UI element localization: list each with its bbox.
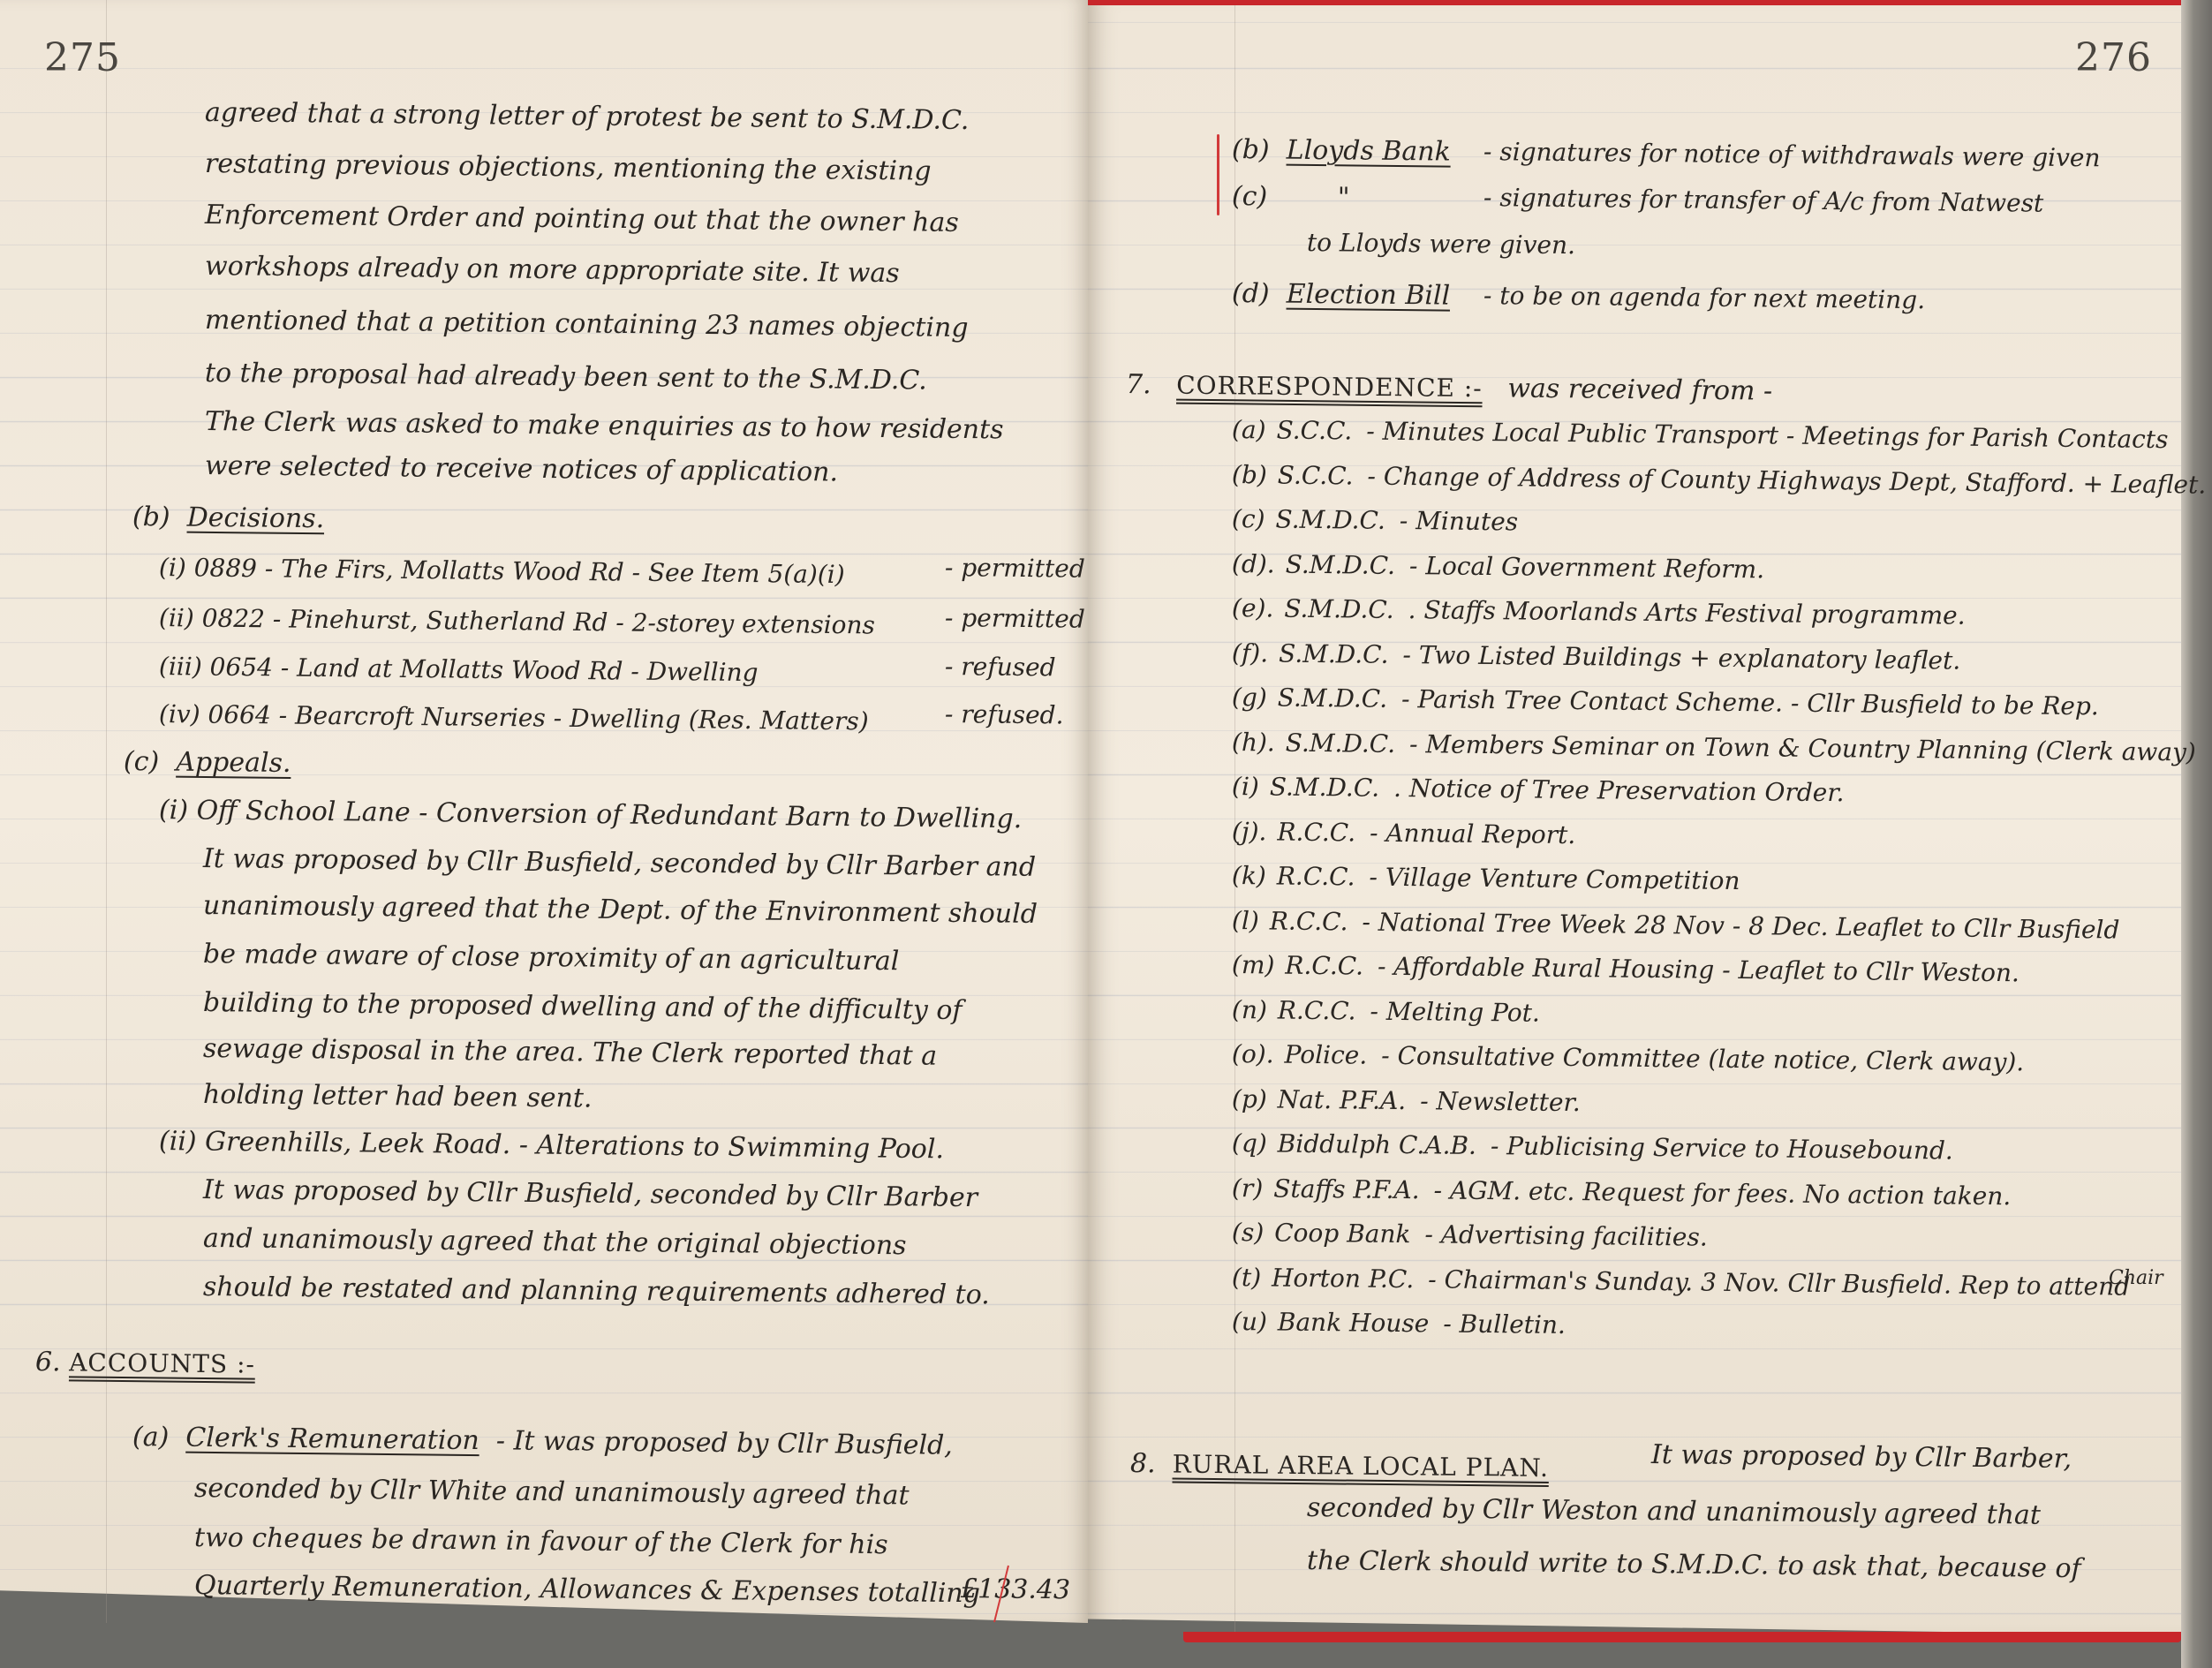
correspondence-item-text: . Staffs Moorlands Arts Festival program…	[1408, 595, 1965, 630]
correspondence-item-text: - Local Government Reform.	[1409, 551, 1764, 584]
correspondence-item-text: - Bulletin.	[1443, 1309, 1566, 1340]
correspondence-item-label: (c)	[1232, 504, 1265, 533]
bank-item: (d) Election Bill	[1232, 278, 1451, 312]
correspondence-item: (n)R.C.C.- Melting Pot.	[1232, 995, 1540, 1028]
correspondence-item-from: Police.	[1284, 1040, 1367, 1070]
correspondence-item-label: (h).	[1232, 728, 1275, 758]
bank-item: (b) Lloyds Bank	[1232, 134, 1451, 168]
bank-item-text: to Lloyds were given.	[1307, 228, 1575, 260]
correspondence-item-label: (f).	[1232, 638, 1268, 668]
correspondence-item: (c)S.M.D.C.- Minutes	[1232, 504, 1518, 536]
correspondence-item: (s)Coop Bank- Advertising facilities.	[1232, 1218, 1708, 1252]
correspondence-item-label: (d).	[1232, 549, 1275, 579]
correspondence-heading: CORRESPONDENCE :-	[1176, 371, 1483, 404]
continuation-line: were selected to receive notices of appl…	[205, 450, 838, 488]
correspondence-item: (j).R.C.C.- Annual Report.	[1232, 817, 1576, 849]
correspondence-item-label: (k)	[1232, 861, 1266, 890]
accounts-heading: ACCOUNTS :-	[69, 1347, 255, 1378]
appeal-line: holding letter had been sent.	[203, 1079, 593, 1114]
correspondence-item-text: - Minutes	[1400, 506, 1519, 536]
correspondence-item-text: - Village Venture Competition	[1369, 863, 1740, 895]
decisions-label: (b) Decisions.	[132, 502, 325, 534]
correspondence-item-from: Coop Bank	[1274, 1219, 1411, 1249]
rural-plan-heading: RURAL AREA LOCAL PLAN.	[1173, 1450, 1550, 1483]
appeals-heading: Appeals.	[176, 747, 291, 779]
correspondence-item-text: - Publicising Service to Housebound.	[1491, 1131, 1953, 1165]
red-page-edge-top	[1088, 0, 2212, 5]
left-margin-rule	[106, 0, 107, 1623]
red-margin-bracket	[1217, 134, 1219, 215]
correspondence-item-label: (q)	[1232, 1128, 1267, 1158]
correspondence-item-label: (b)	[1232, 460, 1267, 489]
correspondence-item-text: - Annual Report.	[1370, 818, 1576, 849]
insertion-chair: Chair	[2109, 1267, 2163, 1289]
correspondence-item-from: S.M.D.C.	[1284, 594, 1394, 624]
correspondence-item-label: (j).	[1232, 817, 1267, 846]
correspondence-item-from: Bank House	[1278, 1308, 1430, 1339]
decision-result: - refused.	[945, 699, 1064, 729]
correspondence-item-label: (l)	[1232, 906, 1259, 935]
page-number-left: 275	[44, 35, 121, 80]
correspondence-item: (d).S.M.D.C.- Local Government Reform.	[1232, 549, 1764, 584]
correspondence-item-text: - Two Listed Buildings + explanatory lea…	[1402, 640, 1960, 676]
correspondence-item: (u)Bank House- Bulletin.	[1232, 1307, 1566, 1340]
open-minute-book: 275 agreed that a strong letter of prote…	[0, 0, 2212, 1668]
accounts-amount: £133.43	[961, 1574, 1070, 1605]
correspondence-item-label: (u)	[1232, 1307, 1267, 1336]
correspondence-item-text: - AGM. etc. Request for fees. No action …	[1433, 1175, 2011, 1211]
correspondence-item: (k)R.C.C.- Village Venture Competition	[1232, 861, 1740, 895]
accounts-section: 6. ACCOUNTS :-	[35, 1347, 255, 1380]
correspondence-item-from: S.M.D.C.	[1285, 549, 1395, 579]
book-fore-edge	[2181, 0, 2212, 1668]
bank-item-text: - to be on agenda for next meeting.	[1483, 281, 1925, 314]
correspondence-item-label: (t)	[1232, 1263, 1261, 1292]
correspondence-item-from: S.M.D.C.	[1275, 505, 1385, 535]
correspondence-item-label: (a)	[1232, 415, 1266, 444]
correspondence-item-from: S.C.C.	[1278, 460, 1354, 490]
correspondence-item-label: (p)	[1232, 1084, 1267, 1113]
correspondence-item-from: Staffs P.F.A.	[1273, 1174, 1420, 1204]
rural-plan-section: 8. RURAL AREA LOCAL PLAN.	[1130, 1448, 1549, 1483]
correspondence-item-label: (g)	[1232, 683, 1267, 712]
correspondence-item-label: (i)	[1232, 772, 1259, 801]
correspondence-item-label: (m)	[1232, 950, 1275, 980]
correspondence-item-from: R.C.C.	[1278, 995, 1356, 1025]
correspondence-item-from: Horton P.C.	[1272, 1263, 1414, 1294]
correspondence-item-text: . Notice of Tree Preservation Order.	[1393, 774, 1845, 807]
correspondence-item-from: S.M.D.C.	[1278, 683, 1388, 713]
clerks-remuneration-heading: Clerk's Remuneration	[185, 1423, 479, 1456]
page-number-right: 276	[2075, 35, 2152, 80]
correspondence-item-from: S.M.D.C.	[1279, 638, 1389, 668]
bank-item-text: - signatures for transfer of A/c from Na…	[1483, 183, 2044, 218]
correspondence-item-from: R.C.C.	[1285, 951, 1363, 981]
correspondence-item-from: R.C.C.	[1277, 817, 1355, 847]
rural-plan-line: It was proposed by Cllr Barber,	[1651, 1439, 2072, 1475]
decision-result: - permitted	[945, 603, 1085, 634]
correspondence-item-from: S.M.D.C.	[1270, 772, 1380, 802]
correspondence-item-from: Nat. P.F.A.	[1278, 1084, 1407, 1115]
correspondence-item-from: R.C.C.	[1270, 906, 1348, 936]
correspondence-item-text: - Newsletter.	[1420, 1086, 1581, 1117]
correspondence-item-label: (e).	[1232, 593, 1274, 623]
appeals-label: (c) Appeals.	[124, 746, 291, 779]
decision-result: - permitted	[945, 553, 1085, 584]
correspondence-item-from: R.C.C.	[1277, 862, 1355, 892]
election-bill-heading: Election Bill	[1287, 279, 1451, 312]
decision-result: - refused	[945, 652, 1056, 682]
red-page-edge-bottom	[1183, 1632, 2181, 1642]
correspondence-item-label: (n)	[1232, 995, 1267, 1024]
correspondence-item-text: - Advertising facilities.	[1424, 1219, 1708, 1251]
correspondence-item-from: S.C.C.	[1276, 416, 1352, 446]
decisions-heading: Decisions.	[187, 502, 325, 535]
correspondence-item-label: (r)	[1232, 1174, 1264, 1203]
correspondence-item-from: S.M.D.C.	[1286, 728, 1396, 758]
correspondence-item-label: (s)	[1232, 1218, 1265, 1247]
correspondence-item-from: Biddulph C.A.B.	[1278, 1129, 1476, 1160]
correspondence-item-text: - Melting Pot.	[1370, 996, 1540, 1027]
correspondence-item-label: (o).	[1232, 1039, 1274, 1068]
correspondence-item: (p)Nat. P.F.A.- Newsletter.	[1232, 1084, 1581, 1117]
bank-item: (c) "	[1232, 181, 1350, 213]
